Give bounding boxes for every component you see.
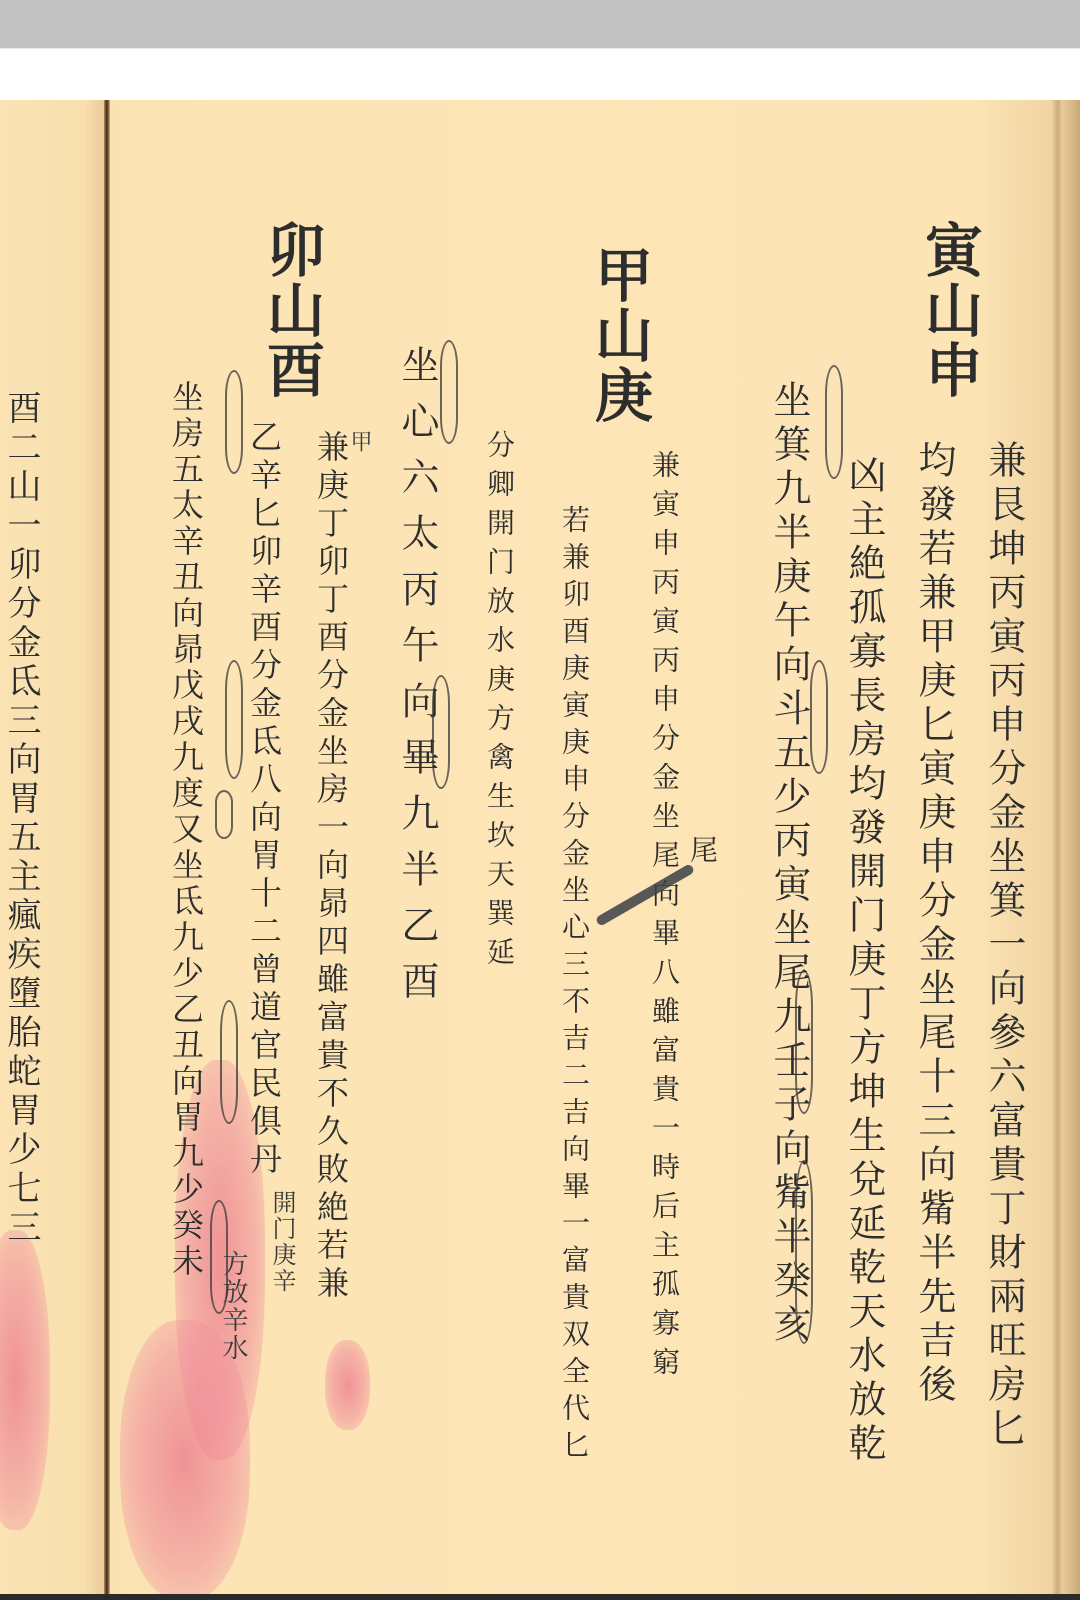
text-column: 兼艮坤丙寅丙申分金坐箕一向參六富貴丁財兩旺房匕 — [985, 440, 1023, 1452]
side-note: 開门庚辛 — [270, 1190, 294, 1294]
section-title-jia-shan-geng: 甲山庚 — [590, 245, 648, 425]
red-stain — [120, 1320, 250, 1600]
punctuation-loop-mark — [210, 1200, 228, 1314]
punctuation-loop-mark — [440, 340, 458, 444]
text-column: 兼寅申丙寅丙申分金坐尾向畢八雖富貴一時后主孤寡窮 — [650, 450, 678, 1386]
punctuation-loop-mark — [432, 675, 450, 789]
text-column: 乙辛匕卯辛酉分金氐八向胃十二曾道官民俱丹 — [248, 420, 280, 1180]
text-column: 凶主絶孤寡長房均發開门庚丁方坤生兌延乾天水放乾 — [845, 455, 883, 1467]
text-column: 若兼卯酉庚寅庚申分金坐心三不吉二吉向畢一富貴双全代匕 — [560, 505, 588, 1467]
text-column: 坐房五太辛丑向昴戊戌九度又坐氐九少乙丑向胃九少癸未 — [170, 380, 202, 1280]
text-column: 分卿開门放水庚方禽生坎天巽延 — [485, 430, 513, 976]
punctuation-loop-mark — [225, 660, 243, 779]
punctuation-loop-mark — [825, 365, 843, 479]
punctuation-loop-mark — [225, 370, 243, 474]
punctuation-loop-mark — [220, 1000, 238, 1124]
text-column: 坐心六太丙午向畢九半乙酉 — [398, 345, 436, 1017]
scan-bottom-edge — [0, 1594, 1080, 1600]
manuscript-scan: 酉二山一卯分金氐三向胃五主瘋疾墮胎蛇胃少七三 寅山申 兼艮坤丙寅丙申分金坐箕一向… — [0, 100, 1080, 1600]
section-title-mao-shan-you: 卯山酉 — [262, 220, 320, 400]
side-note: 甲 — [348, 430, 370, 454]
punctuation-loop-mark — [215, 790, 233, 839]
correction-note: 尾 — [688, 835, 716, 867]
punctuation-loop-mark — [810, 660, 828, 774]
book-gutter — [104, 100, 110, 1600]
text-column: 兼庚丁卯丁酉分金坐房一向昴四雖富貴不久敗絶若兼 — [315, 430, 347, 1304]
left-page-text: 酉二山一卯分金氐三向胃五主瘋疾墮胎蛇胃少七三 — [4, 390, 38, 1248]
punctuation-loop-mark — [795, 970, 813, 1114]
section-title-yin-shan-shen: 寅山申 — [920, 220, 978, 400]
viewer-margin — [0, 48, 1080, 101]
text-column: 均發若兼甲庚匕寅庚申分金坐尾十三向觜半先吉後 — [915, 440, 953, 1408]
red-stain — [325, 1340, 370, 1430]
punctuation-loop-mark — [795, 1160, 813, 1344]
viewer-top-bar — [0, 0, 1080, 48]
page-edge — [1052, 100, 1062, 1600]
